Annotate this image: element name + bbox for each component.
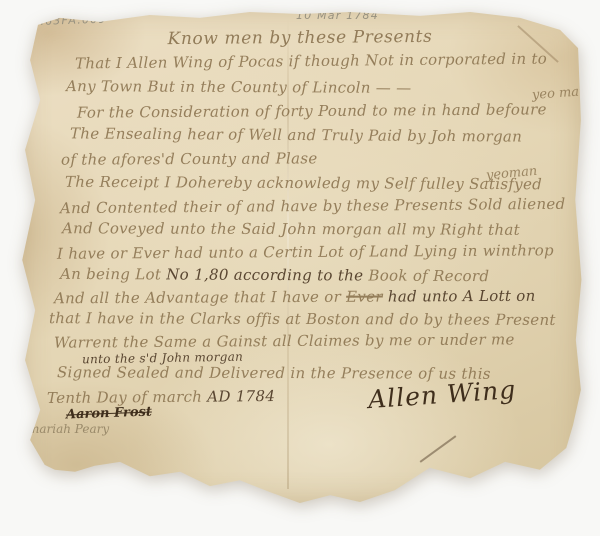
margin-note-yeoman-1: yeo man — [532, 84, 588, 103]
line-segment: Tenth Day of march — [47, 388, 207, 407]
manuscript-line: An being Lot No 1,80 according to the Bo… — [60, 265, 489, 285]
bottom-right-crease — [420, 435, 457, 462]
manuscript-line: That I Allen Wing of Pocas if though Not… — [75, 50, 547, 73]
manuscript-line: Signed Sealed and Delivered in the Prese… — [57, 363, 491, 383]
manuscript-line: The Receipt I Dohereby acknowledg my Sel… — [65, 173, 542, 193]
catalog-number-pencil: 60.63FA.009 — [24, 13, 107, 29]
line-segment-dark: No 1,80 according to the — [166, 265, 368, 284]
manuscript-line: And Coveyed unto the Said John morgan al… — [62, 219, 520, 239]
manuscript-line: For the Consideration of forty Pound to … — [77, 100, 547, 121]
torn-paper-sheet: 60.63FA.009 10 Mar 1784 Know men by thes… — [20, 8, 582, 504]
manuscript-line: Tenth Day of march AD 1784 — [47, 387, 275, 407]
document-heading: Know men by these Presents — [110, 26, 490, 49]
line-segment-struck: Ever — [346, 288, 383, 306]
line-segment: An being Lot — [60, 265, 166, 284]
manuscript-line: Any Town But in the County of Lincoln — … — [66, 77, 412, 97]
line-segment: Book of Record — [368, 266, 489, 285]
manuscript-paper: 60.63FA.009 10 Mar 1784 Know men by thes… — [20, 8, 582, 504]
line-segment-dark: had unto A Lott on — [383, 287, 536, 306]
manuscript-line: And Contented their of and have by these… — [60, 195, 566, 217]
manuscript-line: that I have in the Clarks offis at Bosto… — [49, 309, 556, 329]
manuscript-line: And all the Advantage that I have or Eve… — [54, 287, 536, 308]
manuscript-line: I have or Ever had unto a Certin Lot of … — [57, 241, 554, 262]
date-note-pencil: 10 Mar 1784 — [296, 9, 379, 22]
witness-signature-mariah-peary: mariah Peary — [28, 422, 109, 436]
line-segment: And all the Advantage that I have or — [54, 288, 346, 308]
manuscript-line: The Ensealing hear of Well and Truly Pai… — [70, 124, 522, 145]
manuscript-line: Warrent the Same a Gainst all Claimes by… — [54, 330, 515, 351]
photo-backdrop: 60.63FA.009 10 Mar 1784 Know men by thes… — [0, 0, 600, 536]
line-segment-dark: AD 1784 — [207, 387, 275, 406]
manuscript-line: of the afores'd County and Plase — [61, 149, 318, 168]
witness-signature-aaron-frost: Aaron Frost — [66, 405, 152, 423]
